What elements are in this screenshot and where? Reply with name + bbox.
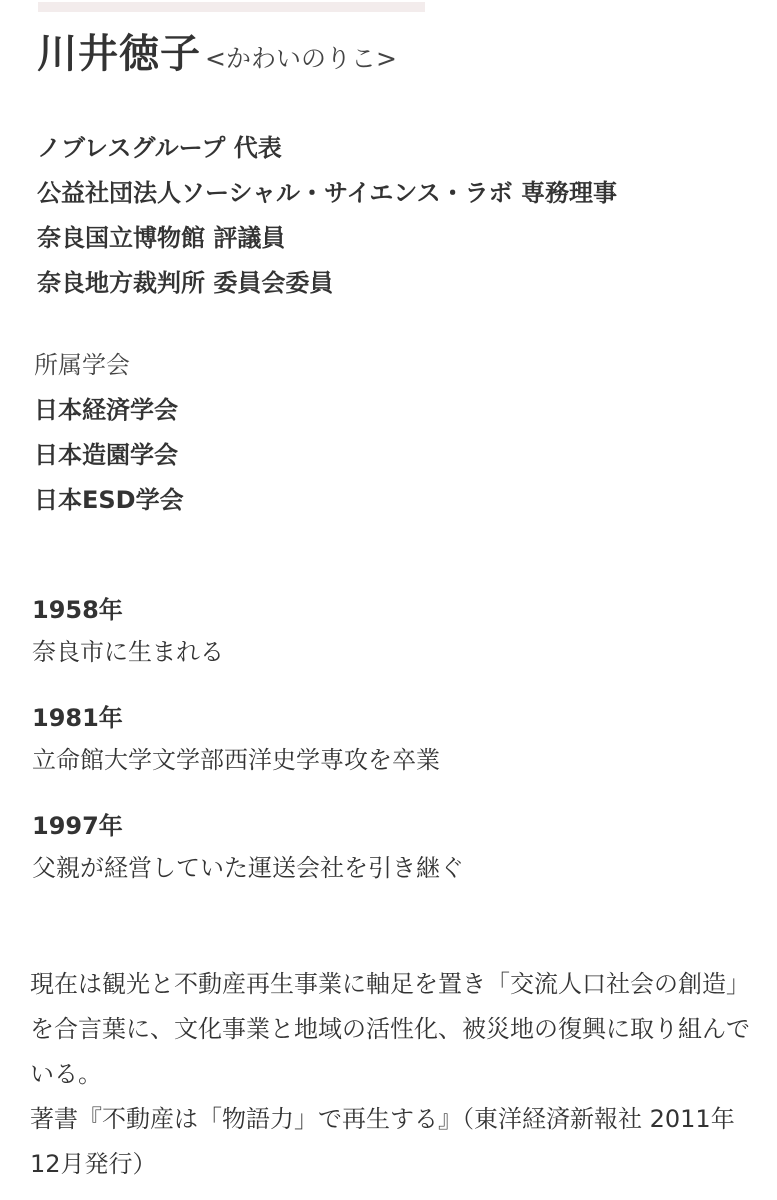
role-item: 公益社団法人ソーシャル・サイエンス・ラボ 専務理事 [37,171,617,216]
timeline-text: 立命館大学文学部西洋史学専攻を卒業 [32,738,464,782]
profile-summary: 現在は観光と不動産再生事業に軸足を置き「交流人口社会の創造」を合言葉に、文化事業… [30,962,750,1187]
roles-list: ノブレスグループ 代表 公益社団法人ソーシャル・サイエンス・ラボ 専務理事 奈良… [37,126,617,306]
top-divider-bar [38,2,425,12]
timeline-entry: 1997年 父親が経営していた運送会社を引き継ぐ [32,806,464,890]
role-item: ノブレスグループ 代表 [37,126,617,171]
profile-header: 川井徳子 <かわいのりこ> [37,22,397,79]
summary-paragraph: 現在は観光と不動産再生事業に軸足を置き「交流人口社会の創造」を合言葉に、文化事業… [30,962,750,1097]
society-item: 日本ESD学会 [34,478,184,523]
societies-section: 所属学会 日本経済学会 日本造園学会 日本ESD学会 [34,343,184,523]
timeline-year: 1997年 [32,806,464,846]
publication-note: 著書『不動産は「物語力」で再生する』（東洋経済新報社 2011年12月発行） [30,1097,750,1187]
timeline-year: 1958年 [32,590,464,630]
timeline-entry: 1958年 奈良市に生まれる [32,590,464,674]
role-item: 奈良地方裁判所 委員会委員 [37,261,617,306]
societies-label: 所属学会 [34,343,184,388]
role-item: 奈良国立博物館 評議員 [37,216,617,261]
timeline-text: 奈良市に生まれる [32,630,464,674]
timeline-entry: 1981年 立命館大学文学部西洋史学専攻を卒業 [32,698,464,782]
timeline-text: 父親が経営していた運送会社を引き継ぐ [32,846,464,890]
person-name-reading: <かわいのりこ> [205,39,397,75]
career-timeline: 1958年 奈良市に生まれる 1981年 立命館大学文学部西洋史学専攻を卒業 1… [32,590,464,914]
person-name: 川井徳子 [37,22,201,79]
timeline-year: 1981年 [32,698,464,738]
society-item: 日本経済学会 [34,388,184,433]
society-item: 日本造園学会 [34,433,184,478]
